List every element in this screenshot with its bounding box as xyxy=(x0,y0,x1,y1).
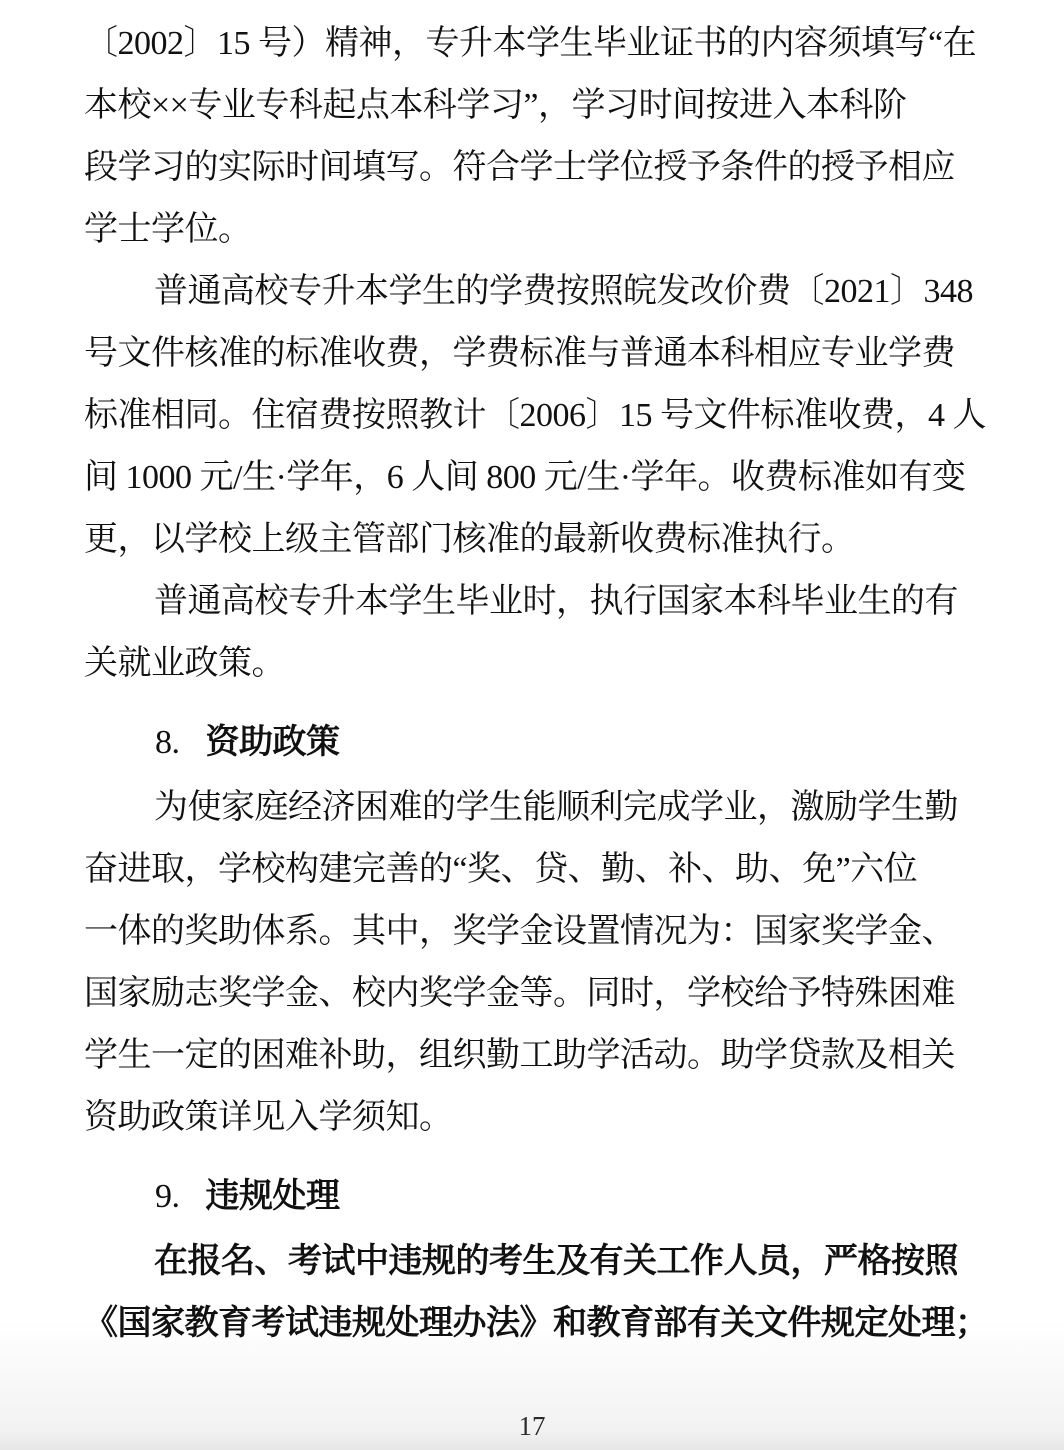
text-line: 国家励志奖学金、校内奖学金等。同时，学校给予特殊困难 xyxy=(84,963,944,1025)
section-heading: 9.违规处理 xyxy=(84,1166,944,1228)
document-page: { "page": { "number": "17", "background_… xyxy=(0,0,1064,1450)
text-line: 普通高校专升本学生毕业时，执行国家本科毕业生的有 xyxy=(84,571,944,633)
heading-text: 违规处理 xyxy=(206,1178,340,1215)
text-line: 普通高校专升本学生的学费按照皖发改价费〔2021〕348 xyxy=(84,261,944,323)
heading-number: 8. xyxy=(155,724,180,761)
text-line: 标准相同。住宿费按照教计〔2006〕15 号文件标准收费，4 人 xyxy=(84,385,944,447)
page-number: 17 xyxy=(0,1411,1064,1442)
heading-text: 资助政策 xyxy=(206,724,340,761)
text-line: 号文件核准的标准收费，学费标准与普通本科相应专业学费 xyxy=(84,323,944,385)
text-line: 一体的奖助体系。其中，奖学金设置情况为：国家奖学金、 xyxy=(84,901,944,963)
text-line: 学生一定的困难补助，组织勤工助学活动。助学贷款及相关 xyxy=(84,1025,944,1087)
text-line: 本校××专业专科起点本科学习”，学习时间按进入本科阶 xyxy=(84,75,944,137)
heading-number: 9. xyxy=(155,1178,180,1215)
text-line: 关就业政策。 xyxy=(84,633,944,695)
text-line: 间 1000 元/生·学年，6 人间 800 元/生·学年。收费标准如有变 xyxy=(84,447,944,509)
document-body: 〔2002〕15 号）精神，专升本学生毕业证书的内容须填写“在本校××专业专科起… xyxy=(0,0,944,1355)
text-line: 〔2002〕15 号）精神，专升本学生毕业证书的内容须填写“在 xyxy=(84,13,944,75)
text-line: 资助政策详见入学须知。 xyxy=(84,1087,944,1149)
section-heading: 8.资助政策 xyxy=(84,712,944,774)
text-line: 更，以学校上级主管部门核准的最新收费标准执行。 xyxy=(84,509,944,571)
text-line: 在报名、考试中违规的考生及有关工作人员，严格按照 xyxy=(84,1231,944,1293)
text-line: 奋进取，学校构建完善的“奖、贷、勤、补、助、免”六位 xyxy=(84,839,944,901)
text-line: 段学习的实际时间填写。符合学士学位授予条件的授予相应 xyxy=(84,137,944,199)
text-line: 《国家教育考试违规处理办法》和教育部有关文件规定处理； xyxy=(84,1293,944,1355)
text-line: 为使家庭经济困难的学生能顺利完成学业，激励学生勤 xyxy=(84,777,944,839)
text-line: 学士学位。 xyxy=(84,199,944,261)
